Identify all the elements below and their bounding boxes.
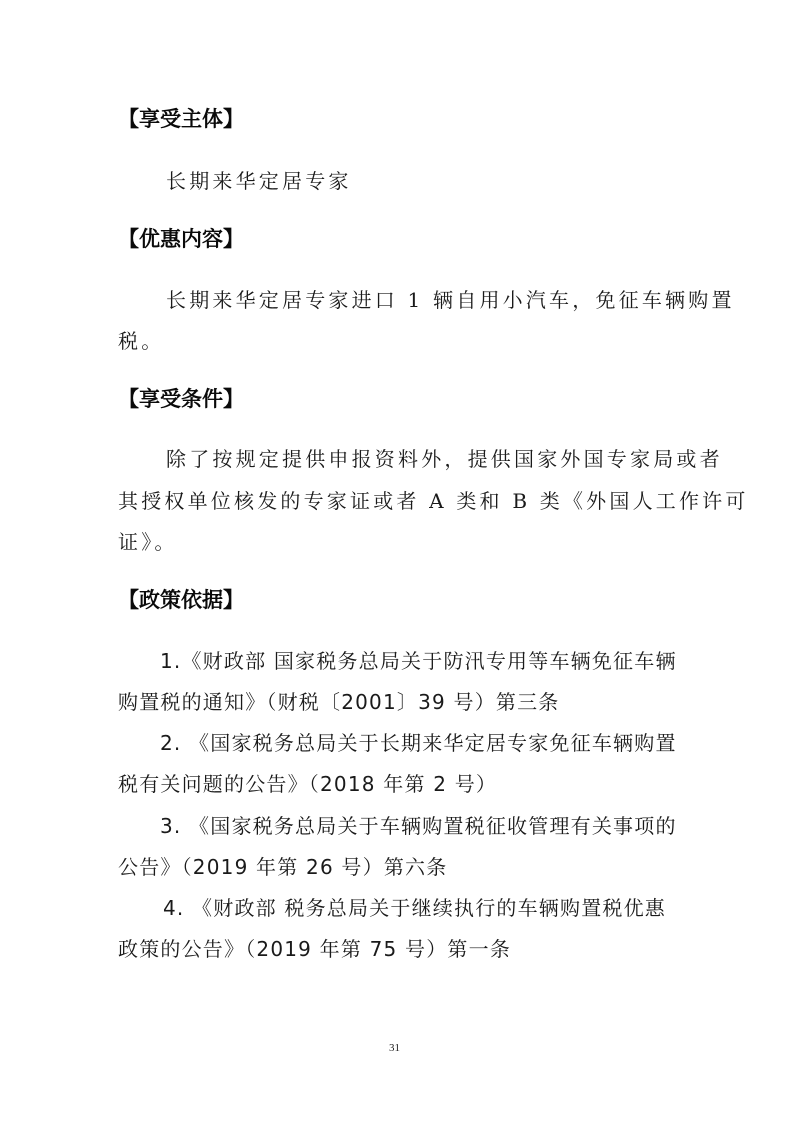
- benefit-text-line-2: 税。: [118, 325, 164, 354]
- section-heading-benefit: 【优惠内容】: [118, 223, 244, 253]
- policy-reference-1-line-2: 购置税的通知》（财税〔2001〕39 号）第三条: [118, 686, 560, 715]
- policy-reference-3-line-2: 公告》（2019 年第 26 号）第六条: [118, 851, 447, 880]
- policy-reference-1-line-1: 1.《财政部 国家税务总局关于防汛专用等车辆免征车辆: [160, 645, 677, 674]
- policy-reference-4-line-1: 4. 《财政部 税务总局关于继续执行的车辆购置税优惠: [163, 892, 666, 921]
- policy-reference-3-line-1: 3. 《国家税务总局关于车辆购置税征收管理有关事项的: [160, 810, 677, 839]
- conditions-text-line-1: 除了按规定提供申报资料外，提供国家外国专家局或者: [166, 443, 723, 472]
- section-heading-beneficiary: 【享受主体】: [118, 103, 244, 133]
- page-number: 31: [389, 1042, 400, 1054]
- policy-reference-2-line-1: 2. 《国家税务总局关于长期来华定居专家免征车辆购置: [160, 727, 677, 756]
- beneficiary-text: 长期来华定居专家: [166, 165, 352, 194]
- document-page: 【享受主体】 长期来华定居专家 【优惠内容】 长期来华定居专家进口 1 辆自用小…: [0, 0, 793, 1122]
- conditions-text-line-3: 证》。: [118, 526, 178, 555]
- section-heading-policy-basis: 【政策依据】: [118, 584, 244, 614]
- benefit-text-line-1: 长期来华定居专家进口 1 辆自用小汽车，免征车辆购置: [166, 284, 735, 313]
- policy-reference-4-line-2: 政策的公告》（2019 年第 75 号）第一条: [118, 933, 511, 962]
- policy-reference-2-line-2: 税有关问题的公告》（2018 年第 2 号）: [118, 768, 497, 797]
- conditions-text-line-2: 其授权单位核发的专家证或者 A 类和 B 类《外国人工作许可: [118, 485, 749, 514]
- section-heading-conditions: 【享受条件】: [118, 383, 244, 413]
